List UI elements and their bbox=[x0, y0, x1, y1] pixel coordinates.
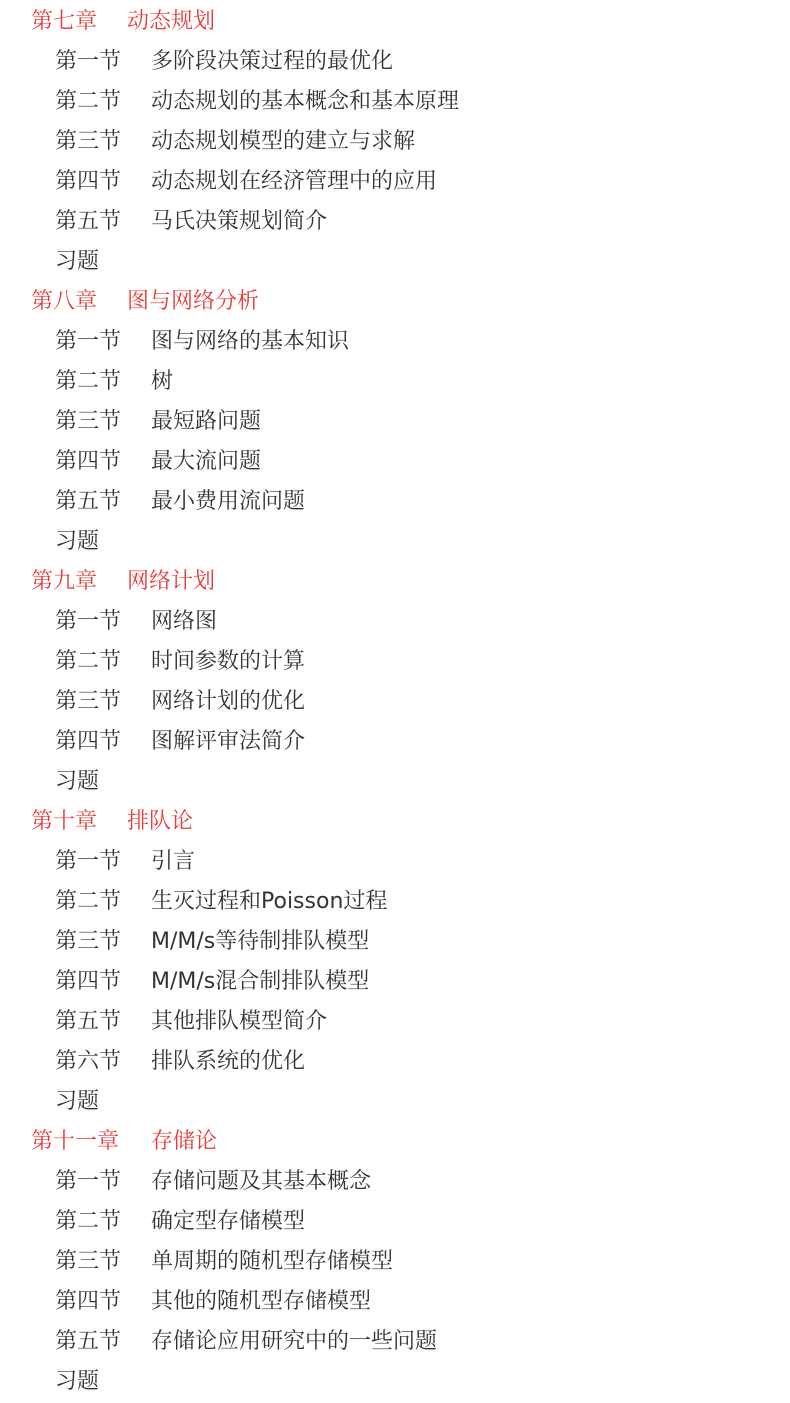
section-number: 第一节 bbox=[55, 322, 151, 362]
section-number: 第三节 bbox=[55, 402, 151, 442]
exercises-item: 习题 bbox=[0, 242, 790, 282]
section-title: 网络图 bbox=[151, 609, 217, 634]
section-title: 排队系统的优化 bbox=[151, 1049, 305, 1074]
section-item: 第三节最短路问题 bbox=[0, 402, 790, 442]
exercises-label: 习题 bbox=[55, 762, 151, 802]
section-item: 第四节最大流问题 bbox=[0, 442, 790, 482]
section-item: 第五节存储论应用研究中的一些问题 bbox=[0, 1322, 790, 1362]
section-item: 第二节时间参数的计算 bbox=[0, 642, 790, 682]
section-title: 最短路问题 bbox=[151, 409, 261, 434]
exercises-label: 习题 bbox=[55, 522, 151, 562]
section-title: 多阶段决策过程的最优化 bbox=[151, 49, 393, 74]
section-item: 第五节其他排队模型简介 bbox=[0, 1002, 790, 1042]
section-item: 第二节生灭过程和Poisson过程 bbox=[0, 882, 790, 922]
section-title: 图与网络的基本知识 bbox=[151, 329, 349, 354]
section-item: 第一节多阶段决策过程的最优化 bbox=[0, 42, 790, 82]
section-number: 第三节 bbox=[55, 922, 151, 962]
section-number: 第五节 bbox=[55, 1322, 151, 1362]
exercises-item: 习题 bbox=[0, 522, 790, 562]
section-title: 马氏决策规划简介 bbox=[151, 209, 327, 234]
section-number: 第二节 bbox=[55, 82, 151, 122]
section-title: 动态规划模型的建立与求解 bbox=[151, 129, 415, 154]
table-of-contents: 第七章动态规划 第一节多阶段决策过程的最优化 第二节动态规划的基本概念和基本原理… bbox=[0, 0, 790, 1402]
section-number: 第五节 bbox=[55, 202, 151, 242]
section-item: 第六节排队系统的优化 bbox=[0, 1042, 790, 1082]
section-number: 第二节 bbox=[55, 362, 151, 402]
chapter-title: 动态规划 bbox=[127, 9, 215, 34]
section-number: 第四节 bbox=[55, 722, 151, 762]
section-item: 第五节最小费用流问题 bbox=[0, 482, 790, 522]
section-number: 第三节 bbox=[55, 682, 151, 722]
section-item: 第一节网络图 bbox=[0, 602, 790, 642]
section-title: 生灭过程和Poisson过程 bbox=[151, 889, 387, 914]
section-title: 确定型存储模型 bbox=[151, 1209, 305, 1234]
exercises-label: 习题 bbox=[55, 1082, 151, 1122]
chapter-title: 存储论 bbox=[151, 1129, 217, 1154]
chapter-number: 第十一章 bbox=[31, 1122, 151, 1162]
section-number: 第四节 bbox=[55, 442, 151, 482]
section-title: 单周期的随机型存储模型 bbox=[151, 1249, 393, 1274]
section-number: 第六节 bbox=[55, 1042, 151, 1082]
chapter-heading: 第八章图与网络分析 bbox=[0, 282, 790, 322]
section-title: 其他排队模型简介 bbox=[151, 1009, 327, 1034]
chapter-number: 第七章 bbox=[31, 2, 127, 42]
section-title: 存储问题及其基本概念 bbox=[151, 1169, 371, 1194]
chapter-heading: 第七章动态规划 bbox=[0, 2, 790, 42]
section-title: M/M/s混合制排队模型 bbox=[151, 969, 369, 994]
chapter-title: 图与网络分析 bbox=[127, 289, 259, 314]
section-number: 第一节 bbox=[55, 602, 151, 642]
chapter-title: 网络计划 bbox=[127, 569, 215, 594]
section-item: 第二节确定型存储模型 bbox=[0, 1202, 790, 1242]
chapter-heading: 第十一章存储论 bbox=[0, 1122, 790, 1162]
exercises-item: 习题 bbox=[0, 762, 790, 802]
section-number: 第三节 bbox=[55, 1242, 151, 1282]
exercises-item: 习题 bbox=[0, 1082, 790, 1122]
section-number: 第四节 bbox=[55, 162, 151, 202]
section-item: 第五节马氏决策规划简介 bbox=[0, 202, 790, 242]
section-number: 第五节 bbox=[55, 1002, 151, 1042]
section-number: 第四节 bbox=[55, 962, 151, 1002]
section-item: 第四节动态规划在经济管理中的应用 bbox=[0, 162, 790, 202]
exercises-label: 习题 bbox=[55, 242, 151, 282]
section-number: 第一节 bbox=[55, 842, 151, 882]
section-item: 第二节树 bbox=[0, 362, 790, 402]
chapter-number: 第八章 bbox=[31, 282, 127, 322]
chapter-title: 排队论 bbox=[127, 809, 193, 834]
section-title: 最大流问题 bbox=[151, 449, 261, 474]
section-number: 第二节 bbox=[55, 1202, 151, 1242]
section-item: 第二节动态规划的基本概念和基本原理 bbox=[0, 82, 790, 122]
section-number: 第三节 bbox=[55, 122, 151, 162]
exercises-item: 习题 bbox=[0, 1362, 790, 1402]
section-title: 动态规划在经济管理中的应用 bbox=[151, 169, 437, 194]
section-title: 动态规划的基本概念和基本原理 bbox=[151, 89, 459, 114]
section-title: 其他的随机型存储模型 bbox=[151, 1289, 371, 1314]
section-title: 时间参数的计算 bbox=[151, 649, 305, 674]
section-number: 第二节 bbox=[55, 882, 151, 922]
section-number: 第二节 bbox=[55, 642, 151, 682]
section-item: 第三节网络计划的优化 bbox=[0, 682, 790, 722]
section-item: 第四节M/M/s混合制排队模型 bbox=[0, 962, 790, 1002]
section-title: 树 bbox=[151, 369, 173, 394]
section-number: 第一节 bbox=[55, 42, 151, 82]
section-title: 存储论应用研究中的一些问题 bbox=[151, 1329, 437, 1354]
section-item: 第四节其他的随机型存储模型 bbox=[0, 1282, 790, 1322]
section-title: 最小费用流问题 bbox=[151, 489, 305, 514]
section-item: 第一节存储问题及其基本概念 bbox=[0, 1162, 790, 1202]
section-number: 第四节 bbox=[55, 1282, 151, 1322]
section-title: M/M/s等待制排队模型 bbox=[151, 929, 369, 954]
chapter-number: 第十章 bbox=[31, 802, 127, 842]
section-title: 网络计划的优化 bbox=[151, 689, 305, 714]
exercises-label: 习题 bbox=[55, 1362, 151, 1402]
section-item: 第一节图与网络的基本知识 bbox=[0, 322, 790, 362]
section-item: 第三节动态规划模型的建立与求解 bbox=[0, 122, 790, 162]
chapter-heading: 第九章网络计划 bbox=[0, 562, 790, 602]
section-number: 第一节 bbox=[55, 1162, 151, 1202]
section-title: 图解评审法简介 bbox=[151, 729, 305, 754]
section-item: 第四节图解评审法简介 bbox=[0, 722, 790, 762]
section-title: 引言 bbox=[151, 849, 195, 874]
section-item: 第三节M/M/s等待制排队模型 bbox=[0, 922, 790, 962]
chapter-number: 第九章 bbox=[31, 562, 127, 602]
section-number: 第五节 bbox=[55, 482, 151, 522]
chapter-heading: 第十章排队论 bbox=[0, 802, 790, 842]
section-item: 第一节引言 bbox=[0, 842, 790, 882]
section-item: 第三节单周期的随机型存储模型 bbox=[0, 1242, 790, 1282]
